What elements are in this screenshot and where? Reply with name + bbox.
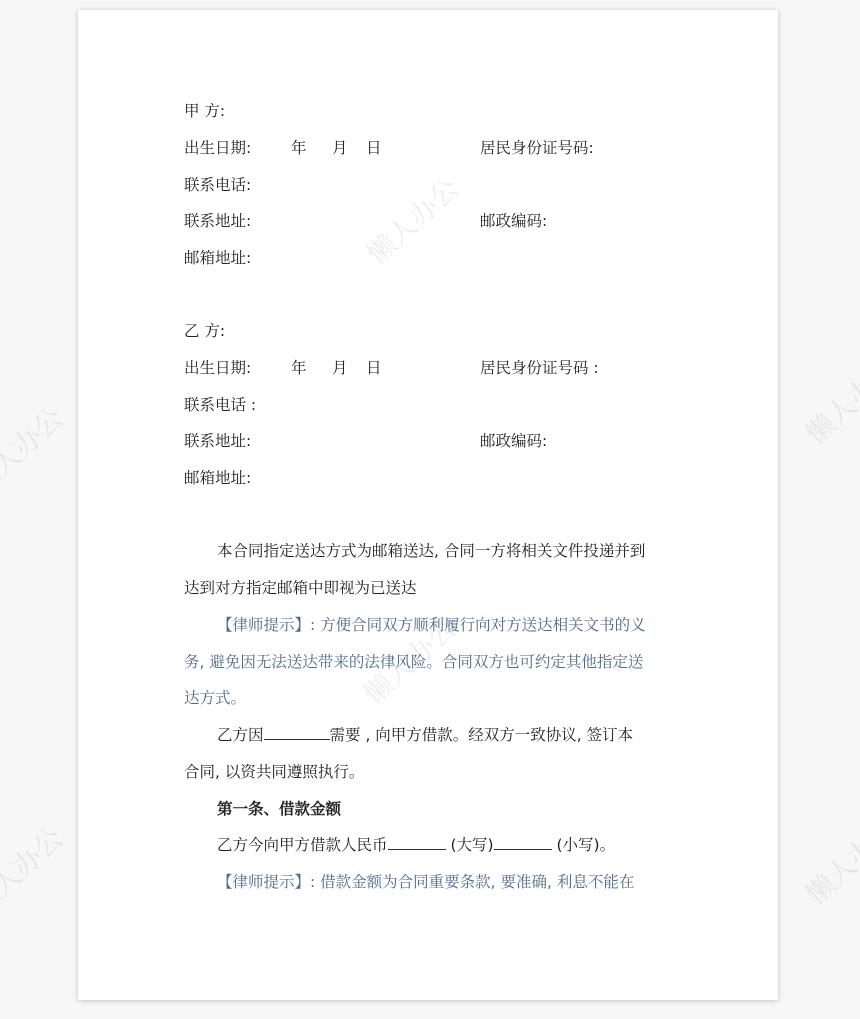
party-a-month: 月 [332, 136, 348, 160]
lawyer-tip-1-line1: 【律师提示】: 方便合同双方顺利履行向对方送达相关文书的义 [217, 613, 646, 637]
delivery-clause-line1: 本合同指定送达方式为邮箱送达, 合同一方将相关文件投递并到 [217, 539, 645, 563]
purpose-text-a: 乙方因 [217, 726, 264, 744]
loan-amount-text: 乙方今向甲方借款人民币 [217, 836, 388, 854]
party-a-address-row: 联系地址: 邮政编码: [184, 209, 704, 233]
amount-uppercase-blank [388, 833, 446, 850]
party-a-phone-label: 联系电话: [184, 173, 251, 197]
party-b-postcode-label: 邮政编码: [480, 429, 547, 453]
party-b-birth-row: 出生日期: 年 月 日 居民身份证号码 : [184, 356, 704, 380]
party-a-postcode-label: 邮政编码: [480, 209, 547, 233]
document-viewer: 懒人办公 懒人办公 懒人办公 懒人办公 懒人办公 懒人办公 甲 方: 出生日期:… [0, 0, 860, 1019]
watermark: 懒人办公 [0, 398, 71, 503]
party-b-id-label: 居民身份证号码 : [480, 356, 599, 380]
party-b-address-row: 联系地址: 邮政编码: [184, 429, 704, 453]
delivery-clause-line2: 达到对方指定邮箱中即视为已送达 [184, 576, 417, 600]
party-b-address-label: 联系地址: [184, 432, 251, 450]
party-a-id-label: 居民身份证号码: [480, 136, 594, 160]
lawyer-tip-1-line3: 达方式。 [184, 686, 246, 710]
lawyer-tip-2-line1: 【律师提示】: 借款金额为合同重要条款, 要准确, 利息不能在 [217, 870, 634, 894]
party-b-birth-label: 出生日期: [184, 359, 251, 377]
article-1-heading: 第一条、借款金额 [217, 797, 341, 821]
lowercase-label: (小写)。 [552, 836, 616, 854]
party-b-month: 月 [332, 356, 348, 380]
watermark: 懒人办公 [796, 808, 860, 913]
party-a-birth-row: 出生日期: 年 月 日 居民身份证号码: [184, 136, 704, 160]
party-b-email-label: 邮箱地址: [184, 466, 251, 490]
party-b-title: 乙 方: [184, 319, 225, 343]
article-1-text: 乙方今向甲方借款人民币 (大写) (小写)。 [217, 833, 615, 857]
purpose-blank [264, 723, 330, 740]
amount-lowercase-blank [494, 833, 552, 850]
purpose-clause-line1: 乙方因需要 , 向甲方借款。经双方一致协议, 签订本 [217, 723, 633, 747]
party-a-day: 日 [366, 136, 382, 160]
purpose-text-b: 需要 , 向甲方借款。经双方一致协议, 签订本 [330, 726, 634, 744]
party-b-phone-label: 联系电话 : [184, 393, 256, 417]
party-a-title: 甲 方: [184, 99, 225, 123]
party-b-year: 年 [291, 356, 307, 380]
lawyer-tip-1-line2: 务, 避免因无法送达带来的法律风险。合同双方也可约定其他指定送 [184, 650, 643, 674]
party-b-day: 日 [366, 356, 382, 380]
document-page: 懒人办公 懒人办公 甲 方: 出生日期: 年 月 日 居民身份证号码: 联系电话… [78, 10, 778, 1000]
party-a-address-label: 联系地址: [184, 212, 251, 230]
watermark: 懒人办公 [0, 818, 71, 923]
watermark: 懒人办公 [796, 348, 860, 453]
party-a-birth-label: 出生日期: [184, 139, 251, 157]
uppercase-label: (大写) [446, 836, 494, 854]
party-a-email-label: 邮箱地址: [184, 246, 251, 270]
purpose-clause-line2: 合同, 以资共同遵照执行。 [184, 760, 364, 784]
party-a-year: 年 [291, 136, 307, 160]
